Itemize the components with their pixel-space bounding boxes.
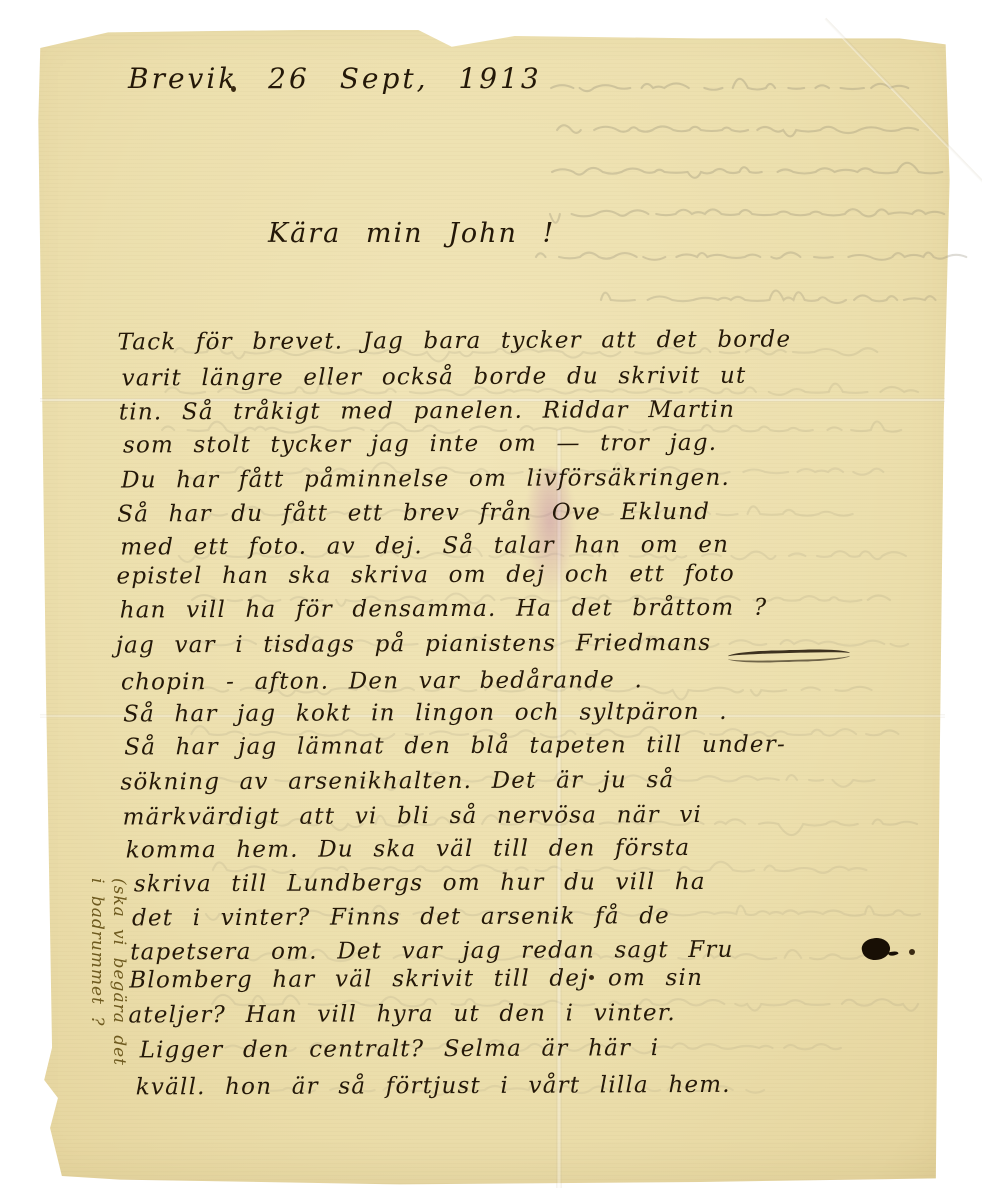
- handwritten-line: tin. Så tråkigt med panelen. Riddar Mart…: [119, 396, 919, 425]
- margin-note-line: i badrummet ?: [86, 878, 108, 1066]
- ink-speck: [909, 949, 915, 955]
- handwriting-layer: Brevik 26 Sept, 1913 Kära min John ! Tac…: [0, 0, 982, 1200]
- handwritten-line: med ett foto. av dej. Så talar han om en: [120, 531, 920, 560]
- margin-note: (ska vi begära det i badrummet ?: [86, 878, 130, 1066]
- handwritten-line: han vill ha för densamma. Ha det bråttom…: [120, 594, 920, 623]
- handwritten-line: sökning av arsenikhalten. Det är ju så: [120, 766, 920, 795]
- handwritten-line: det i vinter? Finns det arsenik få de: [132, 902, 932, 931]
- handwritten-line: skriva till Lundbergs om hur du vill ha: [134, 868, 934, 897]
- letter-scan: Brevik 26 Sept, 1913 Kära min John ! Tac…: [0, 0, 982, 1200]
- handwritten-line: epistel han ska skriva om dej och ett fo…: [116, 560, 916, 589]
- ink-speck: [589, 975, 594, 980]
- handwritten-line: Så har jag kokt in lingon och syltpäron …: [123, 698, 923, 727]
- handwritten-line: varit längre eller också borde du skrivi…: [122, 362, 922, 391]
- handwritten-line: Så har jag lämnat den blå tapeten till u…: [124, 731, 924, 760]
- handwritten-line: tapetsera om. Det var jag redan sagt Fru: [130, 936, 930, 965]
- margin-note-line: (ska vi begära det: [108, 878, 130, 1066]
- handwritten-line: Så har du fått ett brev från Ove Eklund: [117, 498, 917, 527]
- handwritten-line: Ligger den centralt? Selma är här i: [140, 1034, 940, 1063]
- handwritten-line: Blomberg har väl skrivit till dej om sin: [129, 964, 929, 993]
- handwritten-line: som stolt tycker jag inte om — tror jag.: [123, 429, 923, 458]
- handwritten-line: Du har fått påminnelse om livförsäkringe…: [121, 464, 921, 493]
- handwritten-line: Tack för brevet. Jag bara tycker att det…: [117, 326, 917, 355]
- ink-speck: [231, 86, 236, 92]
- salutation-line: Kära min John !: [268, 218, 555, 249]
- handwritten-line: kväll. hon är så förtjust i vårt lilla h…: [136, 1071, 936, 1100]
- handwritten-line: chopin - afton. Den var bedårande .: [121, 666, 921, 695]
- date-line: Brevik 26 Sept, 1913: [128, 62, 542, 95]
- handwritten-line: komma hem. Du ska väl till den första: [126, 834, 926, 863]
- handwritten-line: ateljer? Han vill hyra ut den i vinter.: [128, 999, 928, 1028]
- handwritten-line: märkvärdigt att vi bli så nervösa när vi: [123, 801, 923, 830]
